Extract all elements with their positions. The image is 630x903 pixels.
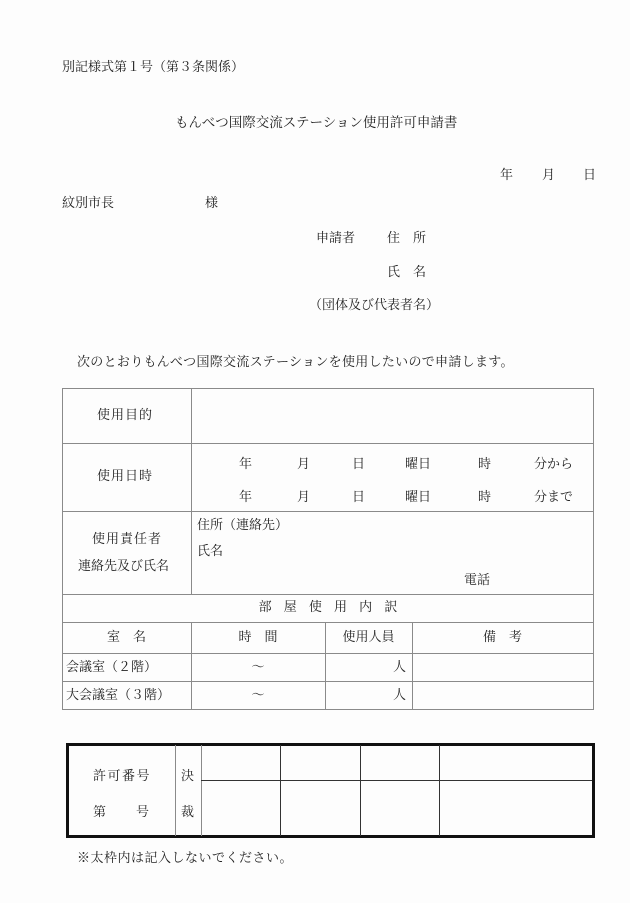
- from-month: 月: [297, 458, 310, 471]
- room-name: 大会議室（３階）: [66, 689, 170, 702]
- contact-phone-field[interactable]: 電話: [464, 574, 490, 587]
- date-month: 月: [542, 169, 555, 182]
- date-day: 日: [583, 169, 596, 182]
- header-room-name: 室 名: [62, 631, 191, 644]
- to-year: 年: [239, 491, 252, 504]
- page-title: もんべつ国際交流ステーション使用許可申請書: [175, 117, 457, 131]
- room-time[interactable]: ～: [191, 689, 325, 702]
- room-time[interactable]: ～: [191, 661, 325, 674]
- addressee-name: 紋別市長: [62, 197, 114, 210]
- contact-address-field[interactable]: 住所（連絡先）: [197, 519, 288, 532]
- from-year: 年: [239, 458, 252, 471]
- applicant-name-label: 氏 名: [387, 266, 426, 279]
- room-note[interactable]: [413, 682, 593, 709]
- contact-label-line1: 使用責任者: [92, 533, 162, 546]
- to-month: 月: [297, 491, 310, 504]
- applicant-org-note: （団体及び代表者名）: [309, 299, 439, 312]
- applicant-address-label: 住 所: [387, 232, 426, 245]
- decision-label-2: 裁: [181, 806, 194, 819]
- contact-name-field[interactable]: 氏名: [197, 545, 223, 558]
- header-people: 使用人員: [325, 631, 412, 644]
- contact-label-line2: 連絡先及び氏名: [78, 560, 169, 573]
- purpose-label: 使用目的: [97, 409, 153, 422]
- permit-number-suffix: 号: [136, 806, 149, 819]
- room-name: 会議室（２階）: [66, 661, 157, 674]
- decision-label-1: 決: [181, 770, 194, 783]
- form-number: 別記様式第１号（第３条関係）: [62, 61, 244, 74]
- from-day: 日: [352, 458, 365, 471]
- room-note[interactable]: [413, 654, 593, 681]
- date-year: 年: [500, 169, 513, 182]
- applicant-label: 申請者: [316, 232, 355, 245]
- to-hour: 時: [478, 491, 491, 504]
- header-notes: 備 考: [412, 631, 593, 644]
- room-section-title: 部 屋 使 用 内 訳: [62, 601, 594, 614]
- permit-number-label: 許可番号: [93, 770, 151, 783]
- intro-text: 次のとおりもんべつ国際交流ステーションを使用したいので申請します。: [77, 356, 514, 369]
- from-hour: 時: [478, 458, 491, 471]
- footnote: ※太枠内は記入しないでください。: [77, 852, 293, 865]
- from-weekday: 曜日: [405, 458, 431, 471]
- room-people[interactable]: 人: [393, 661, 406, 674]
- to-minute: 分まで: [534, 491, 573, 504]
- from-minute: 分から: [534, 458, 573, 471]
- to-weekday: 曜日: [405, 491, 431, 504]
- datetime-label: 使用日時: [97, 470, 153, 483]
- room-people[interactable]: 人: [393, 689, 406, 702]
- purpose-input[interactable]: [192, 389, 593, 443]
- to-day: 日: [352, 491, 365, 504]
- addressee-honorific: 様: [205, 197, 218, 210]
- header-time: 時 間: [191, 631, 325, 644]
- permit-number-prefix: 第: [93, 806, 106, 819]
